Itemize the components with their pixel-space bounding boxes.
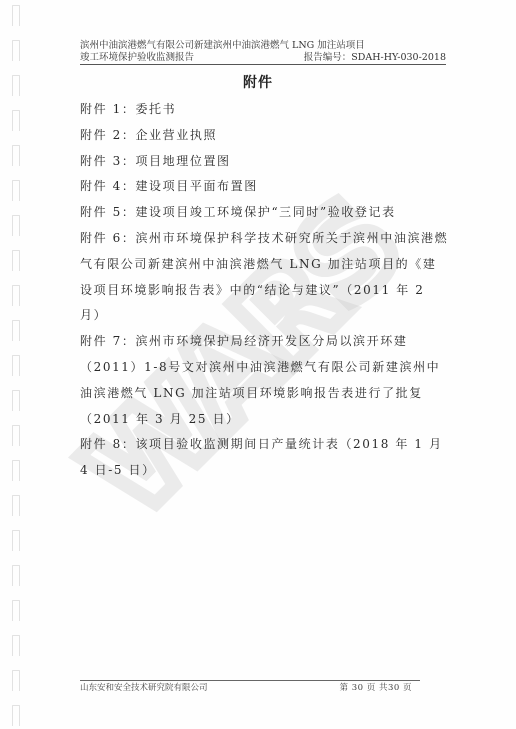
- binding-hole-mark: [12, 110, 20, 131]
- attachment-item-2: 附件 2：企业营业执照: [80, 123, 450, 149]
- binding-hole-mark: [12, 600, 20, 621]
- footer-page-number: 第 30 页 共30 页: [340, 682, 420, 695]
- binding-hole-mark: [12, 460, 20, 481]
- page-title: 附件: [0, 72, 516, 92]
- header-report-type: 竣工环境保护验收监测报告: [80, 52, 194, 64]
- binding-hole-mark: [12, 355, 20, 376]
- binding-hole-mark: [12, 705, 20, 726]
- binding-holes: [12, 0, 22, 729]
- binding-hole-mark: [12, 320, 20, 341]
- page-footer: 山东安和安全技术研究院有限公司 第 30 页 共30 页: [80, 680, 420, 695]
- binding-hole-mark: [12, 495, 20, 516]
- binding-hole-mark: [12, 565, 20, 586]
- attachment-list: 附件 1：委托书 附件 2：企业营业执照 附件 3：项目地理位置图 附件 4：建…: [80, 97, 450, 484]
- attachment-item-7: 附件 7：滨州市环境保护局经济开发区分局以滨开环建（2011）1-8号文对滨州中…: [80, 329, 450, 432]
- binding-hole-mark: [12, 390, 20, 411]
- attachment-item-6: 附件 6：滨州市环境保护科学技术研究所关于滨州中油滨港燃气有限公司新建滨州中油滨…: [80, 226, 450, 329]
- binding-hole-mark: [12, 285, 20, 306]
- binding-hole-mark: [12, 670, 20, 691]
- binding-hole-mark: [12, 250, 20, 271]
- binding-hole-mark: [12, 635, 20, 656]
- binding-hole-mark: [12, 5, 20, 26]
- footer-company: 山东安和安全技术研究院有限公司: [80, 682, 208, 695]
- binding-hole-mark: [12, 180, 20, 201]
- binding-hole-mark: [12, 425, 20, 446]
- attachment-item-3: 附件 3：项目地理位置图: [80, 149, 450, 175]
- header-line2: 竣工环境保护验收监测报告 报告编号：SDAH-HY-030-2018: [80, 52, 446, 64]
- binding-hole-mark: [12, 40, 20, 61]
- page-header: 滨州中油滨港燃气有限公司新建滨州中油滨港燃气 LNG 加注站项目 竣工环境保护验…: [80, 40, 446, 65]
- binding-hole-mark: [12, 145, 20, 166]
- binding-hole-mark: [12, 215, 20, 236]
- attachment-item-4: 附件 4：建设项目平面布置图: [80, 174, 450, 200]
- attachment-item-1: 附件 1：委托书: [80, 97, 450, 123]
- binding-hole-mark: [12, 530, 20, 551]
- header-project-title: 滨州中油滨港燃气有限公司新建滨州中油滨港燃气 LNG 加注站项目: [80, 40, 446, 52]
- document-page: WARS 滨州中油滨港燃气有限公司新建滨州中油滨港燃气 LNG 加注站项目 竣工…: [0, 0, 516, 729]
- attachment-item-8: 附件 8：该项目验收监测期间日产量统计表（2018 年 1 月 4 日-5 日）: [80, 432, 450, 484]
- header-report-number: 报告编号：SDAH-HY-030-2018: [304, 52, 446, 64]
- attachment-item-5: 附件 5：建设项目竣工环境保护“三同时”验收登记表: [80, 200, 450, 226]
